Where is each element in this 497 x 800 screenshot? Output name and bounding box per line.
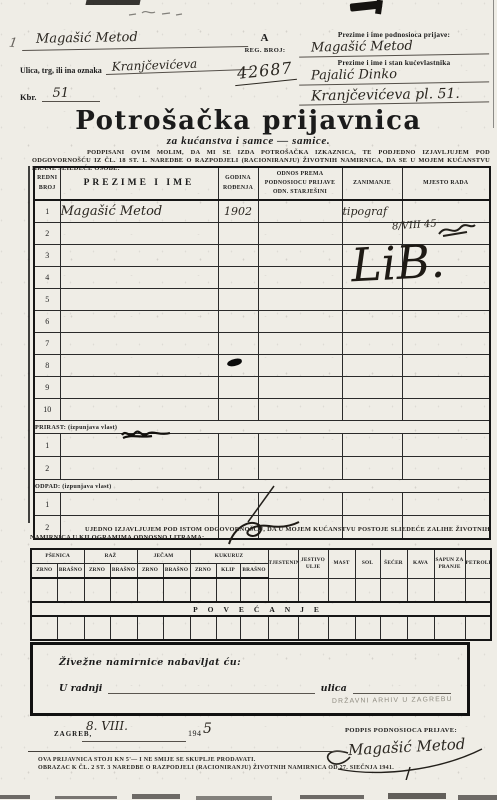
person-row-number: 8	[34, 355, 60, 377]
supply-value-cell	[268, 578, 298, 602]
prirast-band-row: PRIRAST: (izpunjava vlast)	[34, 421, 490, 434]
col-sol: SOL	[355, 549, 380, 578]
odpad-row-number: 1	[34, 493, 60, 516]
supply-value-cell	[465, 578, 491, 602]
registration-block: A REG. BROJ: 42687	[233, 32, 297, 83]
person-relation-cell	[258, 289, 342, 311]
odpad-relation-cell	[258, 493, 342, 516]
date-handwritten: 8. VIII.	[82, 719, 186, 742]
signature-label: PODPIS PODNOSIOCA PRIJAVE:	[345, 727, 457, 734]
persons-table-wrap: REDNI BROJ PREZIME I IME GODINA ROĐENJA …	[33, 166, 491, 540]
odpad-label: ODPAD: (izpunjava vlast)	[34, 480, 490, 493]
person-row-number: 5	[34, 289, 60, 311]
supply-value-cell	[110, 616, 137, 640]
supply-value-cell	[57, 578, 84, 602]
year-printed: 194	[188, 729, 202, 738]
person-workplace-cell	[402, 311, 490, 333]
person-workplace-cell	[402, 289, 490, 311]
person-row-number: 10	[34, 399, 60, 421]
supply-value-cell	[190, 616, 216, 640]
col-header-odnos: ODNOS PREMA PODNOSIOCU PRIJAVE ODN. STAR…	[258, 167, 342, 200]
street-line: Ulica, trg, ili ina oznaka Kranjčevićeva	[20, 60, 252, 75]
person-relation-cell	[258, 333, 342, 355]
scan-smudge-bottom	[0, 795, 30, 799]
scan-smudge-bottom	[55, 796, 117, 799]
supply-value-cell	[434, 578, 465, 602]
person-workplace-cell	[402, 377, 490, 399]
person-row: 9	[34, 377, 490, 399]
odpad-workplace-cell	[402, 493, 490, 516]
shop-blank-line	[108, 683, 314, 694]
supply-value-cell	[84, 616, 110, 640]
supply-value-cell	[434, 616, 465, 640]
scan-smudge-bottom	[300, 795, 364, 799]
col-sapun: SAPUN ZA PRANJE	[434, 549, 465, 578]
supply-value-cell	[240, 616, 268, 640]
odpad-row: 1	[34, 493, 490, 516]
odpad-name-cell	[60, 493, 218, 516]
scanned-consumer-registration-form: { "page": { "background_color": "#efede6…	[0, 0, 497, 800]
houseowner-name-handwritten: Pajalić Dinko	[299, 65, 489, 85]
col-raz-brasno: BRAŠNO	[110, 564, 137, 579]
person-occupation-cell	[342, 223, 402, 245]
person-row-number: 6	[34, 311, 60, 333]
supply-value-cell	[355, 578, 380, 602]
house-number-value-handwritten: 51	[42, 86, 100, 102]
person-row-number: 7	[34, 333, 60, 355]
supply-value-cell	[298, 578, 328, 602]
person-name-cell	[60, 311, 218, 333]
person-birth-year-cell: 1902	[218, 200, 258, 223]
house-number-label: Kbr.	[20, 92, 36, 102]
person-relation-cell	[258, 377, 342, 399]
person-workplace-cell	[402, 399, 490, 421]
prirast-workplace-cell	[402, 457, 490, 480]
house-number-line: Kbr. 51	[20, 86, 110, 102]
footer-note-1: OVA PRIJAVNICA STOJI KN 5'— I NE SMIJE S…	[38, 756, 468, 764]
supplies-declaration: UJEDNO IZJAVLJUJEM POD ISTOM ODGOVORNOŠĆ…	[30, 526, 490, 542]
supply-value-cell	[407, 578, 434, 602]
supply-value-cell	[355, 616, 380, 640]
shop-label: U radnji	[59, 683, 102, 694]
supply-value-cell	[407, 616, 434, 640]
person-relation-cell	[258, 245, 342, 267]
povecanje-row: POVEĆANJE	[31, 602, 491, 616]
prirast-row: 1	[34, 434, 490, 457]
supply-value-cell	[137, 578, 163, 602]
prirast-relation-cell	[258, 434, 342, 457]
reg-number-label: REG. BROJ:	[233, 47, 297, 54]
col-group-jecam: JEČAM	[137, 549, 190, 564]
footer-notes: OVA PRIJAVNICA STOJI KN 5'— I NE SMIJE S…	[38, 756, 468, 772]
supply-value-cell	[137, 616, 163, 640]
scan-smudge-top-left	[85, 0, 140, 5]
col-psenica-zrno: ZRNO	[31, 564, 57, 579]
supply-value-cell	[298, 616, 328, 640]
supplies-group-header-row: PŠENICA RAŽ JEČAM KUKURUZ TJESTENINE JES…	[31, 549, 491, 564]
person-row-number: 1	[34, 200, 60, 223]
col-header-redni-broj: REDNI BROJ	[34, 167, 60, 200]
person-row-number: 9	[34, 377, 60, 399]
person-occupation-cell	[342, 333, 402, 355]
margin-pen-mark: 1	[8, 35, 18, 51]
supply-value-cell	[216, 616, 240, 640]
person-name-cell	[60, 399, 218, 421]
person-birth-year-cell	[218, 333, 258, 355]
supplies-value-row	[31, 616, 491, 640]
povecanje-label: POVEĆANJE	[31, 602, 491, 616]
prirast-year-cell	[218, 457, 258, 480]
col-header-zanimanje: ZANIMANJE	[342, 167, 402, 200]
person-occupation-cell	[342, 289, 402, 311]
person-workplace-cell	[402, 355, 490, 377]
supply-value-cell	[163, 616, 190, 640]
person-row-number: 3	[34, 245, 60, 267]
form-subtitle: za kućanstva i samce — samice.	[0, 135, 497, 147]
footer-note-2: OBRAZAC K ČL. 2 ST. 3 NAREDBE O RAZPODJE…	[38, 764, 468, 772]
person-row: 5	[34, 289, 490, 311]
persons-table: REDNI BROJ PREZIME I IME GODINA ROĐENJA …	[33, 166, 491, 540]
supply-value-cell	[380, 578, 407, 602]
col-header-godina-rodenja: GODINA ROĐENJA	[218, 167, 258, 200]
odpad-band-row: ODPAD: (izpunjava vlast)	[34, 480, 490, 493]
year-handwritten: 5	[203, 721, 212, 737]
col-group-raz: RAŽ	[84, 549, 137, 564]
col-group-kukuruz: KUKURUZ	[190, 549, 268, 564]
person-birth-year-cell	[218, 289, 258, 311]
houseowner-address-handwritten: Kranjčevićeva pl. 51.	[299, 85, 489, 105]
col-header-prezime-ime: PREZIME I IME	[60, 167, 218, 200]
pencil-scribble	[126, 6, 186, 20]
col-secer: ŠEĆER	[380, 549, 407, 578]
prirast-row-number: 1	[34, 434, 60, 457]
prirast-row-number: 2	[34, 457, 60, 480]
person-row: 10	[34, 399, 490, 421]
person-row: 1 Magašić Metod 1902 tipograf	[34, 200, 490, 223]
person-occupation-cell	[342, 311, 402, 333]
purchase-box: Živežne namirnice nabavljat ću: U radnji…	[30, 642, 470, 716]
person-row: 2	[34, 223, 490, 245]
supplies-value-row	[31, 578, 491, 602]
col-mast: MAST	[328, 549, 355, 578]
prirast-workplace-cell	[402, 434, 490, 457]
person-relation-cell	[258, 399, 342, 421]
scan-smudge-top-center-hook	[375, 0, 383, 14]
col-kukuruz-zrno: ZRNO	[190, 564, 216, 579]
person-name-cell: Magašić Metod	[60, 200, 218, 223]
prirast-name-cell	[60, 457, 218, 480]
head-of-household-name-handwritten: Magašić Metod	[22, 28, 248, 51]
street-label: Ulica, trg, ili ina oznaka	[20, 66, 102, 75]
person-birth-year-cell	[218, 311, 258, 333]
prirast-year-cell	[218, 434, 258, 457]
prirast-occupation-cell	[342, 457, 402, 480]
person-occupation-cell: tipograf	[342, 200, 402, 223]
supply-value-cell	[380, 616, 407, 640]
col-kava: KAVA	[407, 549, 434, 578]
supply-value-cell	[465, 616, 491, 640]
col-header-mjesto-rada: MJESTO RADA	[402, 167, 490, 200]
col-jestivo-ulje: JESTIVO ULJE	[298, 549, 328, 578]
scan-smudge-bottom	[196, 796, 272, 800]
person-workplace-cell	[402, 223, 490, 245]
col-tjestenine: TJESTENINE	[268, 549, 298, 578]
archive-stamp: DRŽAVNI ARHIV U ZAGREBU	[332, 696, 453, 705]
person-relation-cell	[258, 311, 342, 333]
odpad-occupation-cell	[342, 493, 402, 516]
prirast-occupation-cell	[342, 434, 402, 457]
reg-number-value-handwritten: 42687	[233, 58, 297, 86]
col-kukuruz-klip: KLIP	[216, 564, 240, 579]
person-birth-year-cell	[218, 377, 258, 399]
person-birth-year-cell	[218, 245, 258, 267]
supply-value-cell	[328, 616, 355, 640]
prirast-name-cell	[60, 434, 218, 457]
prirast-row: 2	[34, 457, 490, 480]
person-occupation-cell	[342, 355, 402, 377]
applicant-block: Prezime i ime podnosioca prijave: Magaši…	[299, 30, 489, 104]
person-row: 7	[34, 333, 490, 355]
person-workplace-cell	[402, 200, 490, 223]
purchase-heading: Živežne namirnice nabavljat ću:	[59, 657, 241, 668]
purchase-fill-line: U radnji ulica	[59, 683, 451, 694]
person-relation-cell	[258, 355, 342, 377]
col-jecam-brasno: BRAŠNO	[163, 564, 190, 579]
person-row-number: 2	[34, 223, 60, 245]
supply-value-cell	[190, 578, 216, 602]
person-name-cell	[60, 223, 218, 245]
scan-smudge-bottom	[458, 795, 497, 800]
person-workplace-cell	[402, 245, 490, 267]
person-birth-year-cell	[218, 267, 258, 289]
supply-value-cell	[57, 616, 84, 640]
supply-value-cell	[31, 578, 57, 602]
prirast-relation-cell	[258, 457, 342, 480]
persons-table-header-row: REDNI BROJ PREZIME I IME GODINA ROĐENJA …	[34, 167, 490, 200]
supply-value-cell	[268, 616, 298, 640]
person-occupation-cell	[342, 245, 402, 267]
section-letter: A	[233, 32, 297, 44]
scan-smudge-bottom	[388, 793, 446, 799]
col-petrolej: PETROLEJ	[465, 549, 491, 578]
col-psenica-brasno: BRAŠNO	[57, 564, 84, 579]
person-row: 4	[34, 267, 490, 289]
odpad-year-cell	[218, 493, 258, 516]
form-title: Potrošačka prijavnica	[0, 106, 497, 136]
street-fill-label: ulica	[321, 683, 347, 694]
prirast-label: PRIRAST: (izpunjava vlast)	[34, 421, 490, 434]
person-row-number: 4	[34, 267, 60, 289]
col-group-psenica: PŠENICA	[31, 549, 84, 564]
person-name-cell	[60, 355, 218, 377]
applicant-name-handwritten: Magašić Metod	[299, 37, 489, 57]
supply-value-cell	[328, 578, 355, 602]
table-left-double-rule	[28, 166, 30, 523]
person-name-cell	[60, 267, 218, 289]
person-name-cell	[60, 245, 218, 267]
person-occupation-cell	[342, 267, 402, 289]
person-workplace-cell	[402, 333, 490, 355]
person-relation-cell	[258, 223, 342, 245]
person-row: 8	[34, 355, 490, 377]
supplies-table: PŠENICA RAŽ JEČAM KUKURUZ TJESTENINE JES…	[30, 548, 492, 641]
col-kukuruz-brasno: BRAŠNO	[240, 564, 268, 579]
footer-rule	[28, 751, 344, 752]
person-name-cell	[60, 377, 218, 399]
person-occupation-cell	[342, 377, 402, 399]
person-birth-year-cell	[218, 223, 258, 245]
street-blank-line	[353, 683, 451, 694]
supply-value-cell	[31, 616, 57, 640]
col-raz-zrno: ZRNO	[84, 564, 110, 579]
person-row: 3	[34, 245, 490, 267]
person-name-cell	[60, 289, 218, 311]
person-workplace-cell	[402, 267, 490, 289]
person-name-cell	[60, 333, 218, 355]
supply-value-cell	[240, 578, 268, 602]
col-jecam-zrno: ZRNO	[137, 564, 163, 579]
supply-value-cell	[110, 578, 137, 602]
person-relation-cell	[258, 200, 342, 223]
person-occupation-cell	[342, 399, 402, 421]
street-value-handwritten: Kranjčevićeva	[105, 55, 252, 75]
supply-value-cell	[163, 578, 190, 602]
person-birth-year-cell	[218, 399, 258, 421]
scan-smudge-bottom	[132, 794, 180, 799]
person-row: 6	[34, 311, 490, 333]
person-relation-cell	[258, 267, 342, 289]
supply-value-cell	[216, 578, 240, 602]
supply-value-cell	[84, 578, 110, 602]
